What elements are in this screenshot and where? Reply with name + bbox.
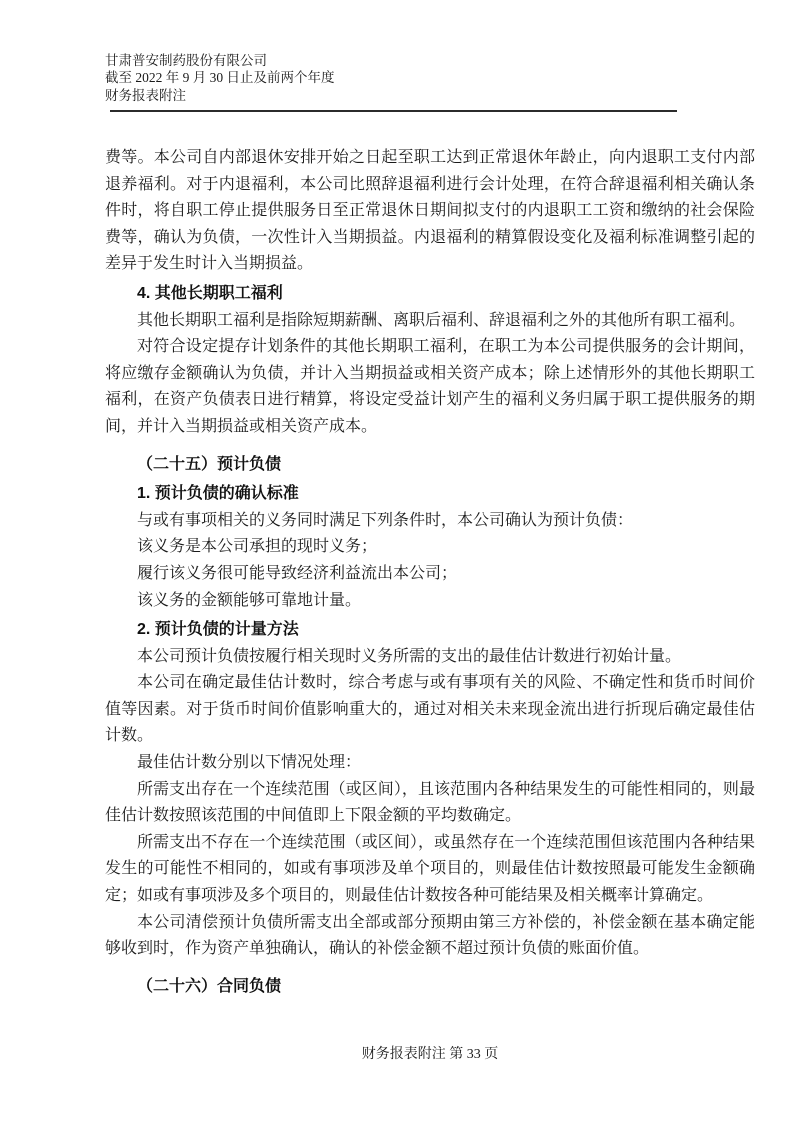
document-body: 费等。本公司自内部退休安排开始之日起至职工达到正常退休年龄止，向内退职工支付内部…: [105, 145, 755, 1000]
paragraph: 本公司在确定最佳估计数时，综合考虑与或有事项有关的风险、不确定性和货币时间价值等…: [105, 670, 755, 750]
paragraph: 与或有事项相关的义务同时满足下列条件时，本公司确认为预计负债：: [105, 508, 755, 535]
heading-other-long-term-benefits: 4. 其他长期职工福利: [105, 281, 755, 308]
paragraph: 对符合设定提存计划条件的其他长期职工福利，在职工为本公司提供服务的会计期间，将应…: [105, 334, 755, 440]
paragraph: 履行该义务很可能导致经济利益流出本公司；: [105, 561, 755, 588]
paragraph-continued: 费等。本公司自内部退休安排开始之日起至职工达到正常退休年龄止，向内退职工支付内部…: [105, 145, 755, 278]
heading-section-25-provisions: （二十五）预计负债: [105, 452, 755, 479]
paragraph: 其他长期职工福利是指除短期薪酬、离职后福利、辞退福利之外的其他所有职工福利。: [105, 308, 755, 335]
paragraph: 所需支出不存在一个连续范围（或区间），或虽然存在一个连续范围但该范围内各种结果发…: [105, 830, 755, 910]
paragraph: 所需支出存在一个连续范围（或区间），且该范围内各种结果发生的可能性相同的，则最佳…: [105, 777, 755, 830]
document-page: 甘肃普安制药股份有限公司 截至 2022 年 9 月 30 日止及前两个年度 财…: [0, 0, 793, 1122]
heading-section-26-contract-liabilities: （二十六）合同负债: [105, 974, 755, 1001]
document-title: 财务报表附注: [105, 87, 335, 104]
paragraph: 本公司预计负债按履行相关现时义务所需的支出的最佳估计数进行初始计量。: [105, 644, 755, 671]
page-footer: 财务报表附注 第 33 页: [105, 1043, 755, 1063]
page-number-label: 财务报表附注 第 33 页: [362, 1047, 499, 1062]
paragraph: 最佳估计数分别以下情况处理：: [105, 750, 755, 777]
paragraph: 该义务的金额能够可靠地计量。: [105, 588, 755, 615]
paragraph: 该义务是本公司承担的现时义务；: [105, 534, 755, 561]
heading-provision-measurement-method: 2. 预计负债的计量方法: [105, 617, 755, 644]
company-name: 甘肃普安制药股份有限公司: [105, 52, 335, 69]
heading-provision-recognition-criteria: 1. 预计负债的确认标准: [105, 481, 755, 508]
header-divider-rule: [110, 110, 677, 112]
paragraph: 本公司清偿预计负债所需支出全部或部分预期由第三方补偿的，补偿金额在基本确定能够收…: [105, 910, 755, 963]
page-header: 甘肃普安制药股份有限公司 截至 2022 年 9 月 30 日止及前两个年度 财…: [105, 52, 335, 104]
report-period: 截至 2022 年 9 月 30 日止及前两个年度: [105, 69, 335, 86]
